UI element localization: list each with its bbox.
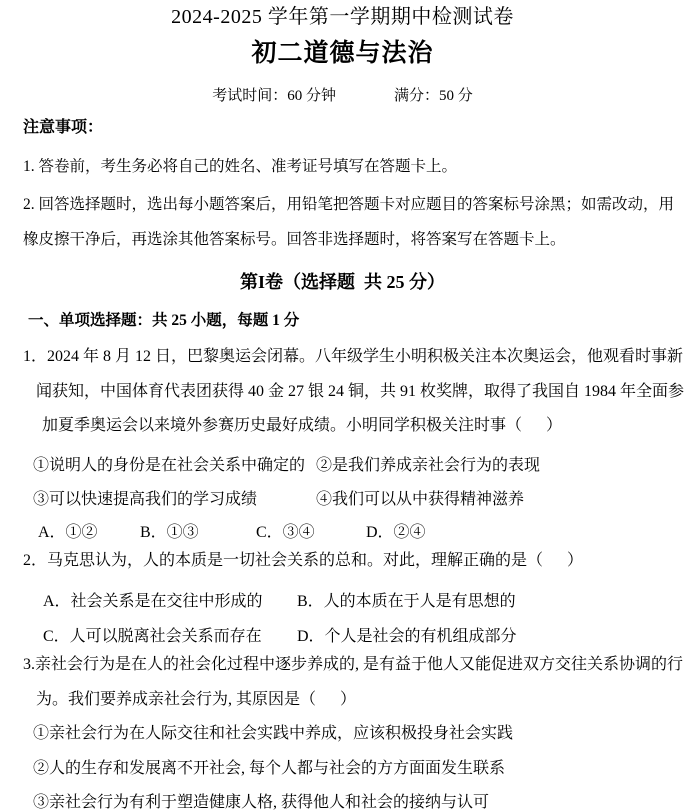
question-1-statements-row-2: ③可以快速提高我们的学习成绩 ④我们可以从中获得精神滋养 — [0, 486, 685, 506]
section-1-heading: 第I卷（选择题 共 25 分） — [0, 273, 685, 291]
question-1-statements-row-1: ①说明人的身份是在社会关系中确定的 ②是我们养成亲社会行为的表现 — [0, 452, 685, 472]
subject-title: 初二道德与法治 — [0, 41, 685, 66]
question-1-option-a: A．①② — [38, 519, 98, 542]
question-1-option-c: C．③④ — [256, 519, 315, 542]
question-2-stem: 2．马克思认为，人的本质是一切社会关系的总和。对此，理解正确的是（ ） — [23, 553, 583, 569]
question-1-statement-3: ③可以快速提高我们的学习成绩 — [33, 486, 257, 509]
notice-item-2-line-1: 2. 回答选择题时，选出每小题答案后，用铅笔把答题卡对应题目的答案标号涂黑；如需… — [23, 197, 674, 213]
page-title: 2024-2025 学年第一学期期中检测试卷 — [0, 7, 685, 27]
question-1-statement-4: ④我们可以从中获得精神滋养 — [316, 486, 524, 509]
question-2-option-c: C．人可以脱离社会关系而存在 — [43, 623, 262, 646]
question-1-line-1: 1．2024 年 8 月 12 日，巴黎奥运会闭幕。八年级学生小明积极关注本次奥… — [23, 349, 683, 365]
exam-paper-page: 2024-2025 学年第一学期期中检测试卷 初二道德与法治 考试时间：60 分… — [0, 0, 685, 810]
question-3-line-2: 为。我们要养成亲社会行为, 其原因是（ ） — [36, 692, 356, 708]
question-1-line-3: 加夏季奥运会以来境外参赛历史最好成绩。小明同学积极关注时事（ ） — [42, 418, 562, 434]
exam-info-row: 考试时间：60 分钟满分：50 分 — [0, 89, 685, 104]
notice-item-2-line-2: 橡皮擦干净后，再选涂其他答案标号。回答非选择题时，将答案写在答题卡上。 — [23, 232, 566, 248]
question-1-option-b: B．①③ — [140, 519, 199, 542]
question-1-line-2: 闻获知，中国体育代表团获得 40 金 27 银 24 铜，共 91 枚奖牌，取得… — [36, 384, 684, 400]
exam-time-label: 考试时间：60 分钟 — [212, 88, 336, 104]
question-1-statement-1: ①说明人的身份是在社会关系中确定的 — [33, 452, 305, 475]
question-type-heading: 一、单项选择题：共 25 小题，每题 1 分 — [28, 313, 299, 329]
question-3-statement-1: ①亲社会行为在人际交往和社会实践中养成，应该积极投身社会实践 — [33, 726, 513, 742]
question-3-statement-2: ②人的生存和发展离不开社会, 每个人都与社会的方方面面发生联系 — [33, 761, 505, 777]
question-2-option-b: B．人的本质在于人是有思想的 — [297, 588, 516, 611]
question-1-option-d: D．②④ — [366, 519, 426, 542]
question-2-option-a: A．社会关系是在交往中形成的 — [43, 588, 263, 611]
question-1-statement-2: ②是我们养成亲社会行为的表现 — [316, 452, 540, 475]
question-3-statement-3: ③亲社会行为有利于塑造健康人格, 获得他人和社会的接纳与认可 — [33, 795, 489, 810]
question-1-options-row: A．①② B．①③ C．③④ D．②④ — [0, 519, 685, 539]
question-2-option-d: D．个人是社会的有机组成部分 — [297, 623, 517, 646]
notice-heading: 注意事项： — [23, 120, 103, 136]
notice-item-1: 1. 答卷前，考生务必将自己的姓名、准考证号填写在答题卡上。 — [23, 159, 457, 175]
question-2-options-row-1: A．社会关系是在交往中形成的 B．人的本质在于人是有思想的 — [0, 588, 685, 608]
full-score-label: 满分：50 分 — [394, 88, 473, 104]
question-3-line-1: 3.亲社会行为是在人的社会化过程中逐步养成的, 是有益于他人又能促进双方交往关系… — [23, 657, 683, 673]
question-2-options-row-2: C．人可以脱离社会关系而存在 D．个人是社会的有机组成部分 — [0, 623, 685, 643]
